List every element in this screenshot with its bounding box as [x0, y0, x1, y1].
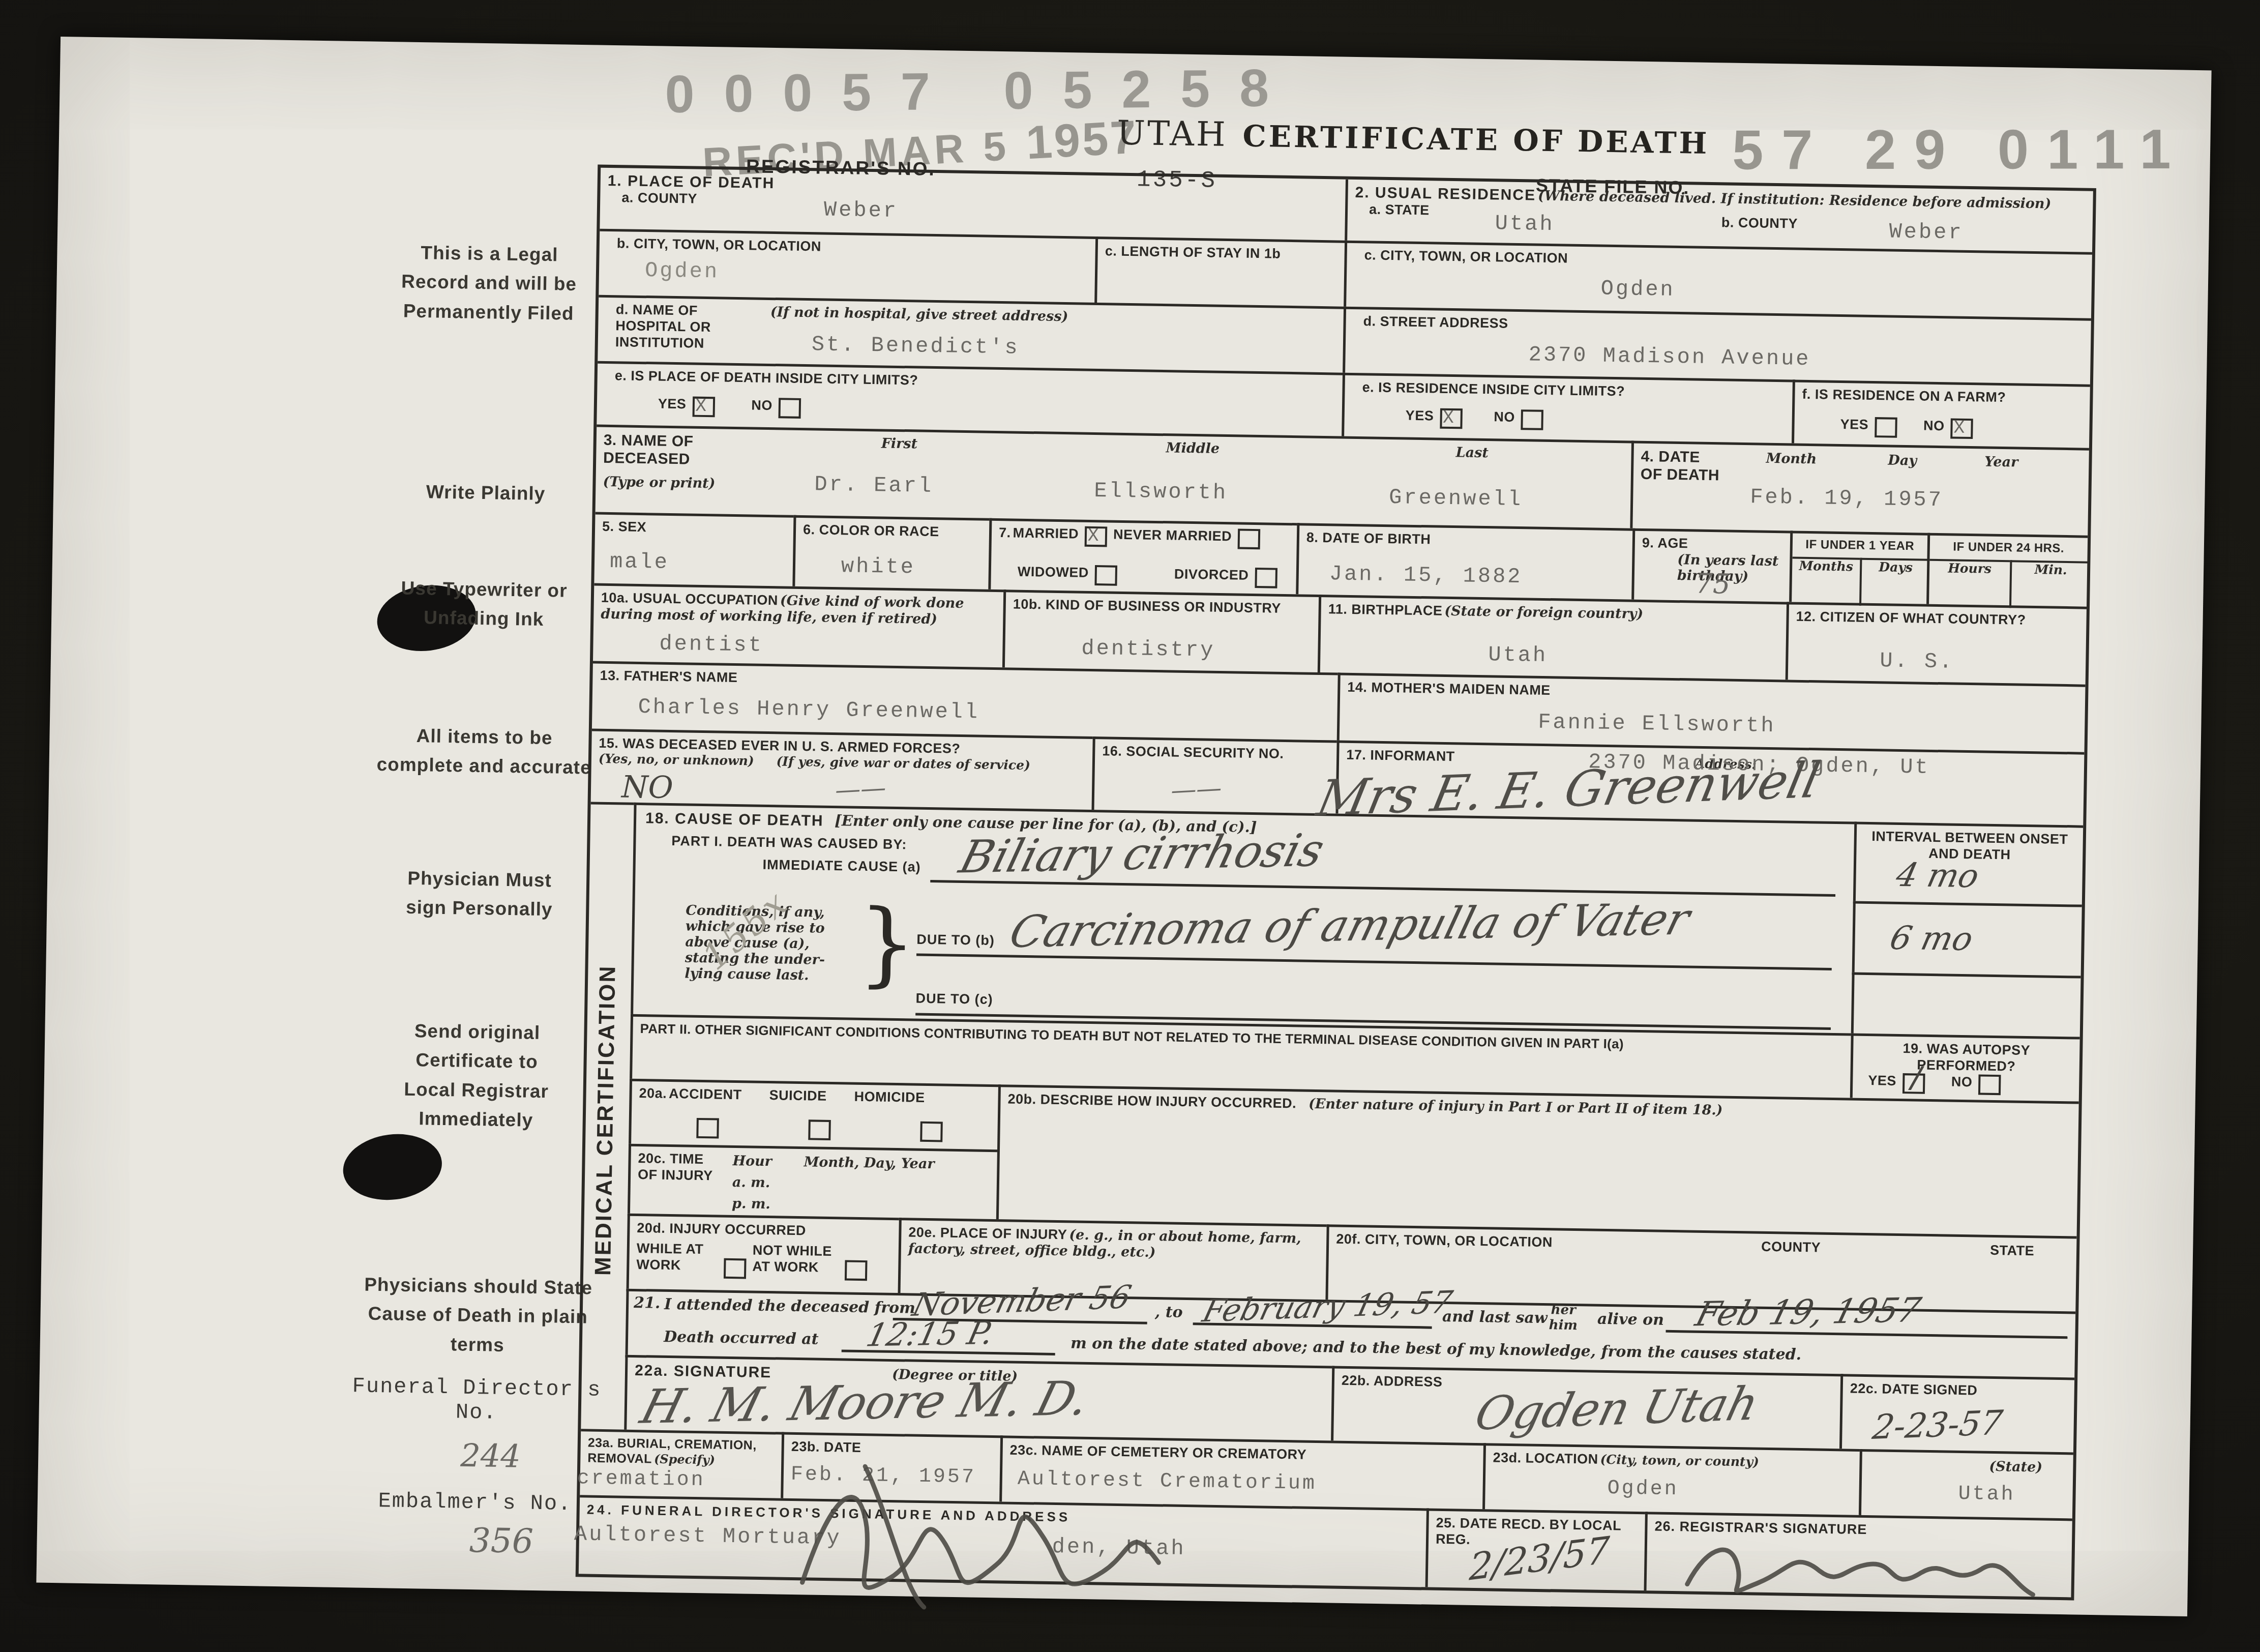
field-16-dash: ——: [1170, 773, 1223, 805]
interval-b-cell: 6 mo: [1852, 901, 2082, 976]
field-15-dash: ——: [835, 773, 887, 805]
margin-note-plain-terms: Physicians should State Cause of Death i…: [345, 1270, 611, 1361]
field-19-yes-mark: /: [1906, 1064, 1926, 1101]
months-label: Months: [1799, 558, 1853, 574]
funeral-directors-no-value: 244: [460, 1437, 521, 1475]
field-13-fathers-name: 13. FATHER'S NAME Charles Henry Greenwel…: [592, 661, 1338, 741]
field-21-num: 21.: [634, 1294, 661, 1312]
field-19-label: 19. WAS AUTOPSY PERFORMED?: [1860, 1040, 2073, 1076]
field-10a-value: dentist: [659, 632, 763, 658]
conditions-brace: }: [857, 890, 917, 997]
field-21-t2: , to: [1155, 1304, 1183, 1321]
field-26-registrar-signature: 26. REGISTRAR'S SIGNATURE: [1644, 1512, 2072, 1597]
field-2f-yes-label: YES: [1840, 417, 1868, 432]
title-utah: UTAH: [1117, 113, 1228, 154]
field-23d-state-label: (State): [1989, 1459, 2042, 1476]
field-3-hint: (Type or print): [603, 474, 715, 492]
field-20c-time-of-injury: 20c. TIME OF INJURY Hour a. m. p. m. Mon…: [628, 1144, 997, 1219]
field-22c-date-signed: 22c. DATE SIGNED 2-23-57: [1839, 1374, 2074, 1452]
field-2-title: 2. USUAL RESIDENCE: [1355, 184, 1536, 204]
field-23d-state-value: Utah: [1958, 1483, 2015, 1507]
under-24-hrs-label: IF UNDER 24 HRS.: [1930, 536, 2088, 556]
field-17-label: 17. INFORMANT: [1346, 747, 1455, 764]
field-2e-yes-checkbox: X: [1440, 408, 1463, 429]
field-2b-label: b. COUNTY: [1721, 215, 1798, 232]
field-6-color-or-race: 6. COLOR OR RACE white: [792, 515, 989, 589]
under-24-min-cell: Min.: [2009, 560, 2090, 609]
field-12-citizen: 12. CITIZEN OF WHAT COUNTRY? U. S.: [1786, 602, 2087, 684]
field-7-widowed-checkbox: [1094, 565, 1117, 586]
field-10a-label: 10a. USUAL OCCUPATION: [601, 590, 778, 608]
field-20c-hour-label: Hour: [732, 1153, 772, 1169]
field-19-autopsy: 19. WAS AUTOPSY PERFORMED? YES / NO: [1850, 1034, 2080, 1102]
field-20d-while-checkbox: [724, 1258, 747, 1279]
field-19-yes-checkbox: /: [1902, 1073, 1925, 1094]
field-1d-label: d. NAME OF HOSPITAL OR INSTITUTION: [615, 302, 768, 352]
field-23a-hint: (Specify): [654, 1451, 716, 1467]
field-1-title: 1. PLACE OF DEATH: [608, 172, 775, 192]
field-4-date-of-death: 4. DATE OF DEATH Month Day Year Feb. 19,…: [1630, 441, 2089, 536]
field-16-label: 16. SOCIAL SECURITY NO.: [1102, 743, 1284, 761]
field-20f-label: 20f. CITY, TOWN, OR LOCATION: [1336, 1231, 1553, 1250]
field-4-year-label: Year: [1984, 454, 2018, 470]
field-22c-label: 22c. DATE SIGNED: [1850, 1381, 1978, 1398]
field-13-value: Charles Henry Greenwell: [638, 695, 979, 725]
field-3-first-value: Dr. Earl: [814, 472, 933, 498]
field-22a-value: H. M. Moore M. D.: [635, 1371, 1095, 1434]
field-23d-state: (State) Utah: [1859, 1449, 2073, 1519]
scanned-death-certificate: 00057 05258 REC'D MAR 5 1957 REGISTRAR'S…: [0, 0, 2260, 1652]
field-2-hint: (Where deceased lived. If institution: R…: [1538, 188, 2051, 212]
field-20c-label: 20c. TIME OF INJURY: [638, 1150, 725, 1184]
field-20a-num: 20a.: [639, 1085, 667, 1101]
funeral-director-signature: [771, 1455, 1191, 1614]
field-1b-value: Ogden: [645, 258, 720, 284]
field-16-ssn: 16. SOCIAL SECURITY NO. ——: [1092, 736, 1337, 814]
field-22b-label: 22b. ADDRESS: [1342, 1373, 1443, 1390]
field-19-no-checkbox: [1978, 1075, 2001, 1096]
field-5-value: male: [610, 549, 670, 575]
field-9-under-24-hrs: IF UNDER 24 HRS. Hours Min.: [1926, 533, 2088, 607]
field-1e-city-limits: e. IS PLACE OF DEATH INSIDE CITY LIMITS?…: [597, 361, 1343, 436]
field-21-her-him: her him: [1549, 1303, 1578, 1334]
field-23d-location: 23d. LOCATION (City, town, or county) Og…: [1482, 1443, 1860, 1515]
field-3-last-label: Last: [1455, 445, 1489, 461]
field-3-first-label: First: [881, 435, 918, 452]
field-2-usual-residence: 2. USUAL RESIDENCE (Where deceased lived…: [1345, 180, 2093, 252]
field-1e-yes-checkbox: X: [692, 397, 715, 418]
field-3-last-value: Greenwell: [1389, 485, 1523, 512]
field-2e-yes-mark: X: [1443, 407, 1454, 428]
field-11-label: 11. BIRTHPLACE: [1328, 601, 1443, 618]
field-7-divorced-label: DIVORCED: [1174, 566, 1249, 582]
field-14-label: 14. MOTHER'S MAIDEN NAME: [1347, 680, 1551, 698]
field-21-t1: I attended the deceased from: [664, 1296, 915, 1317]
field-21-t6: m on the date stated above; and to the b…: [1070, 1335, 1802, 1364]
field-11-birthplace: 11. BIRTHPLACE (State or foreign country…: [1318, 595, 1787, 680]
field-23b-label: 23b. DATE: [791, 1439, 861, 1455]
field-2c-value: Ogden: [1600, 277, 1675, 302]
field-11-hint: (State or foreign country): [1444, 603, 1643, 622]
field-19-yes-label: YES: [1868, 1073, 1896, 1088]
field-2e-label: e. IS RESIDENCE INSIDE CITY LIMITS?: [1362, 379, 1625, 399]
field-6-value: white: [841, 554, 916, 579]
field-20c-mdy-label: Month, Day, Year: [804, 1154, 935, 1172]
field-3-name-of-deceased: 3. NAME OF DECEASED (Type or print) Firs…: [596, 425, 1631, 528]
field-7-divorced-checkbox: [1255, 568, 1277, 588]
field-4-value: Feb. 19, 1957: [1750, 485, 1943, 512]
field-17-informant: 17. INFORMANT Address: 2370 Madison; Ogd…: [1335, 741, 2084, 825]
field-1e-no-label: NO: [751, 397, 772, 413]
field-15-hint1: (Yes, no, or unknown): [599, 751, 754, 769]
field-3-middle-label: Middle: [1166, 440, 1220, 457]
margin-note-legal-record: This is a Legal Record and will be Perma…: [386, 238, 591, 328]
margin-note-write-plainly: Write Plainly: [369, 477, 603, 510]
field-20a-homicide-label: HOMICIDE: [854, 1089, 925, 1105]
field-1b-city: b. CITY, TOWN, OR LOCATION Ogden: [599, 229, 1095, 303]
under-24-hours-cell: Hours: [1929, 559, 2010, 610]
field-2e-yes-label: YES: [1406, 408, 1434, 424]
funeral-directors-no-label: Funeral Director's No.: [344, 1374, 609, 1427]
field-23d-label: 23d. LOCATION: [1493, 1450, 1598, 1467]
field-14-value: Fannie Ellsworth: [1538, 710, 1776, 738]
field-4-day-label: Day: [1888, 453, 1917, 469]
field-12-label: 12. CITIZEN OF WHAT COUNTRY?: [1796, 609, 2026, 628]
medical-certification-label: MEDICAL CERTIFICATION: [588, 835, 623, 1405]
interval-b-value: 6 mo: [1886, 920, 1976, 958]
certificate-paper: 00057 05258 REC'D MAR 5 1957 REGISTRAR'S…: [36, 37, 2211, 1616]
field-18-immediate-label: IMMEDIATE CAUSE (a): [762, 857, 920, 876]
interval-onset-death: INTERVAL BETWEEN ONSET AND DEATH 4 mo: [1853, 822, 2083, 905]
field-2f-yes-checkbox: [1875, 417, 1897, 438]
field-2b-value: Weber: [1889, 219, 1964, 245]
certificate-form: 1. PLACE OF DEATH a. COUNTY Weber 2. USU…: [576, 165, 2096, 1601]
field-20a-suicide-label: SUICIDE: [769, 1087, 826, 1104]
field-24-funeral-director: 24. FUNERAL DIRECTOR'S SIGNATURE AND ADD…: [579, 1495, 1426, 1587]
field-2c-label: c. CITY, TOWN, OR LOCATION: [1364, 247, 1568, 265]
field-15-armed-forces: 15. WAS DECEASED EVER IN U. S. ARMED FOR…: [591, 729, 1093, 810]
field-3-middle-value: Ellsworth: [1094, 479, 1228, 505]
field-20a-homicide-checkbox: [920, 1122, 943, 1142]
field-6-label: 6. COLOR OR RACE: [803, 522, 939, 539]
field-22c-value: 2-23-57: [1870, 1403, 2005, 1447]
field-23a-burial: 23a. BURIAL, CREMATION, REMOVAL (Specify…: [580, 1429, 782, 1498]
field-7-marital-status: 7. MARRIED X NEVER MARRIED WIDOWED DIVOR…: [988, 518, 1297, 594]
field-25-date-recd: 25. DATE RECD. BY LOCAL REG. 2/23/57: [1425, 1509, 1645, 1591]
field-8-value: Jan. 15, 1882: [1329, 562, 1522, 589]
margin-note-physician-sign: Physician Must sign Personally: [388, 863, 572, 924]
field-1e-yes-label: YES: [658, 396, 687, 412]
field-18-a-value: Biliary cirrhosis: [954, 823, 1329, 883]
under-1-year-months-cell: Months: [1792, 557, 1860, 608]
field-1c-label: c. LENGTH OF STAY IN 1b: [1105, 243, 1281, 261]
field-7-never-label: NEVER MARRIED: [1113, 527, 1232, 544]
field-11-value: Utah: [1488, 642, 1548, 668]
field-1b-label: b. CITY, TOWN, OR LOCATION: [617, 235, 821, 254]
field-4-title: 4. DATE OF DEATH: [1641, 448, 1722, 485]
field-10a-occupation: 10a. USUAL OCCUPATION (Give kind of work…: [593, 583, 1003, 668]
field-20d-injury-occurred: 20d. INJURY OCCURRED WHILE AT WORK NOT W…: [627, 1214, 899, 1293]
field-20d-notwhile-label: NOT WHILE AT WORK: [752, 1242, 839, 1276]
field-20a-accident-checkbox: [696, 1118, 719, 1139]
margin-note-send-original: Send original Certificate to Local Regis…: [389, 1016, 564, 1135]
embalmers-no-value: 356: [469, 1521, 533, 1561]
field-7-married-mark: X: [1088, 525, 1099, 546]
hours-label: Hours: [1948, 560, 1991, 576]
field-2c-city: c. CITY, TOWN, OR LOCATION Ogden: [1344, 241, 2092, 318]
field-23d-value: Ogden: [1607, 1477, 1679, 1501]
field-7-widowed-label: WIDOWED: [1018, 564, 1089, 580]
field-15-value: NO: [621, 769, 674, 806]
field-20b-describe-injury: 20b. DESCRIBE HOW INJURY OCCURRED. (Ente…: [996, 1084, 2079, 1236]
field-1d-hint: (If not in hospital, give street address…: [770, 304, 1068, 324]
field-23d-hint: (City, town, or county): [1600, 1452, 1759, 1469]
field-2a-label: a. STATE: [1369, 202, 1430, 218]
him-label: him: [1549, 1318, 1578, 1334]
page-title: UTAH CERTIFICATE OF DEATH: [1117, 113, 1710, 162]
field-19-no-label: NO: [1951, 1074, 1973, 1090]
field-21-t4: alive on: [1597, 1311, 1664, 1330]
field-1-place-of-death: 1. PLACE OF DEATH a. COUNTY Weber: [600, 168, 1346, 241]
field-1a-value: Weber: [824, 198, 899, 223]
field-18-part1: PART I. DEATH WAS CAUSED BY:: [671, 833, 907, 853]
field-7-married-label: MARRIED: [1013, 525, 1079, 541]
field-22a-signature: 22a. SIGNATURE (Degree or title) H. M. M…: [624, 1355, 1332, 1441]
field-7-num: 7.: [999, 525, 1011, 540]
field-1e-label: e. IS PLACE OF DEATH INSIDE CITY LIMITS?: [615, 368, 918, 388]
field-7-never-checkbox: [1238, 529, 1261, 550]
title-certificate-of-death: CERTIFICATE OF DEATH: [1242, 119, 1710, 161]
margin-note-typewriter: Use Typewriter or Unfading Ink: [356, 573, 612, 635]
under-1-year-label: IF UNDER 1 YEAR: [1793, 534, 1928, 554]
field-2a-value: Utah: [1495, 211, 1555, 237]
field-7-married-checkbox: X: [1085, 526, 1108, 547]
field-2d-street-address: d. STREET ADDRESS 2370 Madison Avenue: [1343, 307, 2091, 385]
min-label: Min.: [2034, 562, 2067, 577]
field-9-value: 75: [1695, 568, 1731, 600]
field-9-label: 9. AGE: [1642, 535, 1688, 551]
field-12-value: U. S.: [1880, 648, 1954, 674]
interval-a-value: 4 mo: [1892, 857, 1982, 895]
field-15-hint2: (If yes, give war or dates of service): [776, 754, 1030, 773]
field-2e-city-limits: e. IS RESIDENCE INSIDE CITY LIMITS? YES …: [1342, 373, 1793, 444]
field-1c-length-of-stay: c. LENGTH OF STAY IN 1b: [1094, 237, 1345, 307]
field-2d-label: d. STREET ADDRESS: [1363, 313, 1508, 331]
field-14-mothers-maiden-name: 14. MOTHER'S MAIDEN NAME Fannie Ellswort…: [1337, 673, 2086, 752]
field-10b-industry: 10b. KIND OF BUSINESS OR INDUSTRY dentis…: [1002, 589, 1319, 672]
field-21-time-value: 12:15 P.: [863, 1314, 997, 1354]
field-8-label: 8. DATE OF BIRTH: [1306, 530, 1431, 547]
field-10b-value: dentistry: [1081, 636, 1215, 663]
field-20f-county-label: COUNTY: [1761, 1239, 1821, 1256]
under-1-year-days-cell: Days: [1859, 558, 1929, 607]
field-18-title: 18. CAUSE OF DEATH: [645, 809, 824, 830]
field-8-date-of-birth: 8. DATE OF BIRTH Jan. 15, 1882: [1296, 523, 1632, 599]
field-21-t3: and last saw: [1442, 1308, 1548, 1327]
field-2f-label: f. IS RESIDENCE ON A FARM?: [1802, 387, 2006, 405]
field-20d-notwhile-checkbox: [845, 1260, 868, 1281]
margin-note-all-items: All items to be complete and accurate: [374, 721, 594, 782]
field-22b-value: Ogden Utah: [1470, 1377, 1764, 1441]
field-2f-farm: f. IS RESIDENCE ON A FARM? YES NO X: [1792, 380, 2090, 448]
field-1e-yes-mark: X: [695, 396, 706, 417]
field-2f-no-mark: X: [1953, 418, 1965, 438]
field-20d-label: 20d. INJURY OCCURRED: [637, 1220, 806, 1238]
field-2e-no-label: NO: [1494, 409, 1515, 425]
field-5-label: 5. SEX: [602, 519, 647, 535]
field-22b-address: 22b. ADDRESS Ogden Utah: [1331, 1366, 1840, 1449]
field-21-alive-value: Feb 19, 1957: [1691, 1290, 1925, 1334]
field-2e-no-checkbox: [1521, 409, 1543, 430]
her-label: her: [1549, 1303, 1578, 1318]
registrar-signature: [1677, 1533, 2044, 1605]
field-9-under-1-year: IF UNDER 1 YEAR Months Days: [1789, 531, 1927, 604]
field-20d-while-label: WHILE AT WORK: [636, 1241, 718, 1274]
field-2d-value: 2370 Madison Avenue: [1528, 342, 1811, 371]
field-18-cause-of-death: 18. CAUSE OF DEATH [Enter only one cause…: [631, 803, 1854, 1034]
field-10b-label: 10b. KIND OF BUSINESS OR INDUSTRY: [1013, 597, 1281, 616]
field-20a-accident-label: ACCIDENT: [669, 1086, 742, 1102]
field-23a-value: cremation: [577, 1467, 705, 1492]
interval-c-cell: [1851, 972, 2081, 1037]
field-1a-label: a. COUNTY: [621, 190, 697, 206]
state-file-no-stamp: 57 29 0111: [1732, 117, 2189, 183]
field-9-age: 9. AGE (In years last birthday) 75: [1631, 528, 1790, 602]
field-20e-label: 20e. PLACE OF INJURY: [908, 1224, 1067, 1242]
days-label: Days: [1879, 559, 1913, 575]
field-1d-hospital: d. NAME OF HOSPITAL OR INSTITUTION (If n…: [598, 295, 1344, 373]
field-20c-pm-label: p. m.: [732, 1196, 770, 1212]
field-2f-no-checkbox: X: [1950, 419, 1973, 439]
field-20c-am-label: a. m.: [732, 1174, 770, 1191]
field-1d-value: St. Benedict's: [811, 332, 1020, 360]
field-25-value: 2/23/57: [1468, 1528, 1611, 1588]
field-20a-suicide-checkbox: [808, 1119, 831, 1140]
field-21-t5: Death occurred at: [664, 1329, 819, 1348]
hole-punch-bottom: [339, 1129, 445, 1205]
field-4-month-label: Month: [1766, 451, 1817, 467]
field-5-sex: 5. SEX male: [594, 512, 793, 586]
field-20b-label: 20b. DESCRIBE HOW INJURY OCCURRED.: [1007, 1091, 1296, 1111]
field-1e-no-checkbox: [779, 398, 801, 419]
field-2f-no-label: NO: [1923, 418, 1945, 434]
field-3-title: 3. NAME OF DECEASED: [603, 431, 736, 469]
field-20b-hint: (Enter nature of injury in Part I or Par…: [1309, 1096, 1723, 1118]
field-20f-state-label: STATE: [1990, 1243, 2034, 1259]
field-13-label: 13. FATHER'S NAME: [600, 668, 737, 685]
embalmers-no-label: Embalmer's No.: [348, 1488, 603, 1517]
field-20a-accident-suicide-homicide: 20a. ACCIDENT SUICIDE HOMICIDE: [629, 1079, 998, 1149]
